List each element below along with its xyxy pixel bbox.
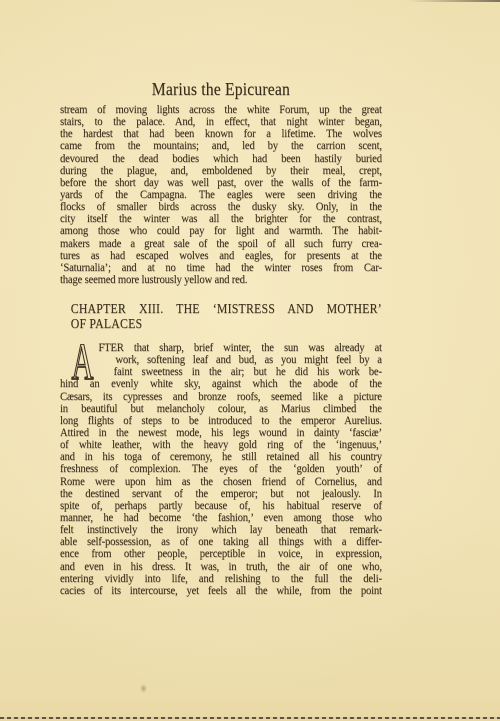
dropcap-letter: A <box>71 344 93 382</box>
scan-edge-top <box>408 0 500 2</box>
text-line: tures as had escaped wolves and eagles, … <box>60 249 382 261</box>
dropcap-wrapped-lines: FTER that sharp, brief winter, the sun w… <box>60 341 382 377</box>
text-line: thage seemed more lustrously yellow and … <box>60 273 382 285</box>
running-title-row: Marius the Epicurean <box>60 79 382 100</box>
second-paragraph-lines: hind an evenly white sky, against which … <box>60 377 382 596</box>
scan-edge-bottom <box>0 717 500 719</box>
chapter-heading-line-1: CHAPTER XIII. THE ‘MISTRESS AND MOTHER’ <box>71 302 382 317</box>
chapter-heading-line-2: OF PALACES <box>71 317 382 332</box>
first-paragraph-lines: stream of moving lights across the white… <box>60 103 382 285</box>
text-line: devoured the dead bodies which had been … <box>60 152 382 164</box>
text-line: cacies of its intercourse, yet feels all… <box>60 584 382 596</box>
text-line: manner, he had become ‘the fashion,’ eve… <box>60 511 382 523</box>
dropcap-initial: A <box>71 344 94 382</box>
running-title: Marius the Epicurean <box>60 79 382 100</box>
text-line: came from the mountains; and, led by the… <box>60 139 382 151</box>
text-line: makers made a great sale of the spoil of… <box>60 237 382 249</box>
book-page-scan: Marius the Epicurean stream of moving li… <box>0 0 500 721</box>
text-line: spite of, perhaps partly because of, his… <box>60 499 382 511</box>
text-line: felt instinctively the irony which lay b… <box>60 523 382 535</box>
text-line: long flights of steps to be introduced t… <box>60 414 382 426</box>
text-line: among those who could pay for light and … <box>60 224 382 236</box>
text-line: Attired in the newest mode, his legs wou… <box>60 426 382 438</box>
first-paragraph: stream of moving lights across the white… <box>60 103 382 285</box>
second-paragraph: A FTER that sharp, brief winter, the sun… <box>60 341 382 596</box>
chapter-heading: CHAPTER XIII. THE ‘MISTRESS AND MOTHER’ … <box>60 302 382 331</box>
ink-smudge <box>140 684 147 693</box>
